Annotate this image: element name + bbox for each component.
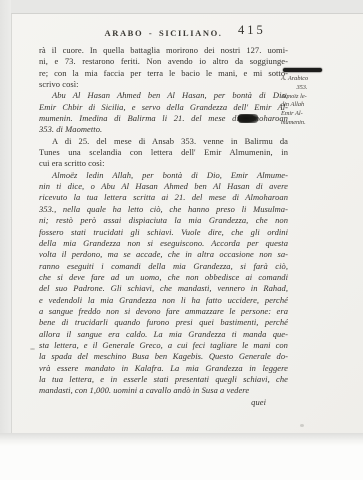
margin-note-line: Emir Al- <box>281 110 343 119</box>
text-line: ricevuto la tua lettera scritta ai 21. d… <box>39 192 288 203</box>
text-line: 353. di Maometto. <box>39 124 288 135</box>
text-line: Abu Al Hasan Ahmed ben Al Hasan, per bon… <box>39 90 288 101</box>
ink-blot <box>238 114 258 123</box>
text-line: vrà essere mandato in Kalafra. La mia Gr… <box>39 363 288 374</box>
text-line: cui era scritto così: <box>39 158 288 169</box>
scanned-book-page: ARABO - SICILIANO. 415 rà il cuore. In q… <box>0 0 363 480</box>
margin-note-line: din Allah <box>281 101 343 110</box>
text-line: ni; restò però assai dispiaciuta la mia … <box>39 215 288 226</box>
text-line: allora il sangue era caldo. La mia Grand… <box>39 329 288 340</box>
text-line: scrivo così: <box>39 79 288 90</box>
text-line: Tunes una scelandia con lettera dell' Em… <box>39 147 288 158</box>
page-number: 415 <box>238 23 266 38</box>
text-line: A di 25. del mese di Ansab 353. venne in… <box>39 136 288 147</box>
page: ARABO - SICILIANO. 415 rà il cuore. In q… <box>11 13 363 433</box>
scan-speck <box>300 424 304 427</box>
body-text: rà il cuore. In quella battaglia moriron… <box>39 45 288 408</box>
text-line: volta il perdono, ma se accade, che in a… <box>39 249 288 260</box>
margin-note: A. Arabico 353. Almoïz le- din Allah Emi… <box>281 68 343 128</box>
scan-backdrop-left <box>0 0 11 434</box>
margin-note-line: Almoïz le- <box>281 93 343 102</box>
text-line: ni, e 73. restarono feriti. Non avendo i… <box>39 56 288 67</box>
text-line: la spada del meschino Busa ben Kagebis. … <box>39 351 288 362</box>
text-line: bene di trucidarli quando furono presi q… <box>39 317 288 328</box>
scan-backdrop-top <box>0 0 363 13</box>
text-line: del suo Padrone. Gli schiavi, che mandas… <box>39 283 288 294</box>
text-line: a sangue freddo non si devono fare ammaz… <box>39 306 288 317</box>
margin-note-line: mumenin. <box>281 119 343 128</box>
text-line: 353., nella quale ha letto ciò, che hann… <box>39 204 288 215</box>
text-line: ranno eseguiti i comandi della mia Grand… <box>39 261 288 272</box>
margin-note-line: A. Arabico <box>281 75 343 84</box>
page-bottom-shadow <box>0 433 363 446</box>
text-line: rà il cuore. In quella battaglia moriron… <box>39 45 288 56</box>
text-line: e vedendoli la mia Grandezza non li ha f… <box>39 295 288 306</box>
text-line: della mia Grandezza non si eseguiscono. … <box>39 238 288 249</box>
text-line: che si deve fare ad un uomo, che non obb… <box>39 272 288 283</box>
text-line: fossero stati trucidati gli schiavi. Vuo… <box>39 227 288 238</box>
scan-speck <box>30 348 35 350</box>
text-line: la tua lettera, e in esserle stati prese… <box>39 374 288 385</box>
text-line: re; con la mia faccia per terra le bacio… <box>39 68 288 79</box>
text-line: Almoëz ledin Allah, per bontà di Dio, Em… <box>39 170 288 181</box>
catchword: quei <box>39 397 288 408</box>
text-line: sta lettera, e il Generale Greco, a cui … <box>39 340 288 351</box>
margin-note-line: 353. <box>281 84 323 93</box>
text-line: Emir Chbir di Sicilia, e servo della Gra… <box>39 102 288 113</box>
text-line: mandasti, con 1,000. uomini a cavallo an… <box>39 385 288 396</box>
text-line: nin ti dice, o Abu Al Hasan Ahmed ben Al… <box>39 181 288 192</box>
